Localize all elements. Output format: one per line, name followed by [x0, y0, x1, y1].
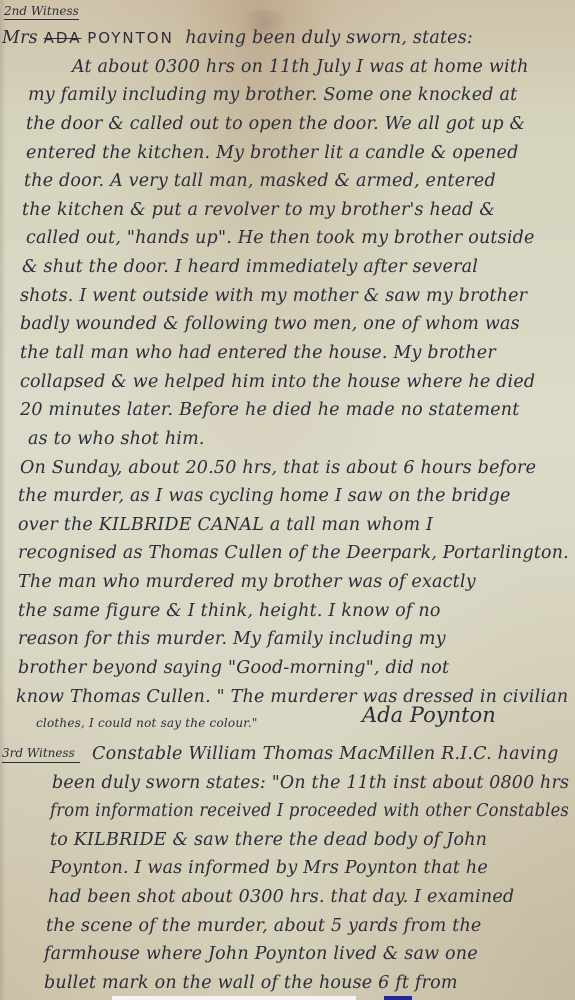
- witness-2-margin-label: 2nd Witness: [4, 4, 79, 20]
- witness-2-header: Mrs ADA POYNTON having been duly sworn, …: [2, 30, 473, 48]
- statement-line: farmhouse where John Poynton lived & saw…: [44, 946, 478, 964]
- statement-line: shots. I went outside with my mother & s…: [20, 288, 527, 306]
- statement-line: called out, "hands up". He then took my …: [26, 230, 535, 248]
- statement-line: clothes, I could not say the colour.": [36, 717, 258, 729]
- header-struck-name: ADA: [44, 29, 82, 47]
- statement-line: & shut the door. I heard immediately aft…: [22, 259, 478, 277]
- statement-line: the door. A very tall man, masked & arme…: [24, 173, 496, 191]
- statement-line: collapsed & we helped him into the house…: [20, 374, 535, 392]
- header-prefix: Mrs: [2, 28, 38, 48]
- statement-line: recognised as Thomas Cullen of the Deerp…: [18, 545, 569, 563]
- header-rest: having been duly sworn, states:: [185, 28, 473, 48]
- statement-line: On Sunday, about 20.50 hrs, that is abou…: [20, 460, 536, 478]
- statement-line: At about 0300 hrs on 11th July I was at …: [72, 59, 529, 77]
- document-page: 2nd Witness Mrs ADA POYNTON having been …: [0, 0, 575, 1000]
- statement-line: had been shot about 0300 hrs. that day. …: [48, 889, 514, 907]
- witness-signature: Ada Poynton: [362, 703, 496, 727]
- statement-line: entered the kitchen. My brother lit a ca…: [26, 145, 519, 163]
- statement-line: Constable William Thomas MacMillen R.I.C…: [92, 746, 559, 764]
- statement-line: reason for this murder. My family includ…: [18, 631, 446, 649]
- statement-line: from information received I proceeded wi…: [50, 803, 569, 821]
- scan-edge-white: [112, 996, 356, 1000]
- statement-line: badly wounded & following two men, one o…: [20, 316, 520, 334]
- header-surname: POYNTON: [87, 29, 174, 47]
- statement-line: Poynton. I was informed by Mrs Poynton t…: [50, 860, 488, 878]
- statement-line: The man who murdered my brother was of e…: [18, 574, 476, 592]
- statement-line: the scene of the murder, about 5 yards f…: [46, 918, 481, 936]
- statement-line: the door & called out to open the door. …: [26, 116, 525, 134]
- statement-line: to KILBRIDE & saw there the dead body of…: [50, 832, 487, 850]
- statement-line: 20 minutes later. Before he died he made…: [20, 402, 520, 420]
- statement-line: over the KILBRIDE CANAL a tall man whom …: [18, 517, 433, 535]
- witness-3-margin-label: 3rd Witness: [2, 746, 80, 763]
- statement-line: as to who shot him.: [28, 431, 205, 449]
- statement-line: the kitchen & put a revolver to my broth…: [22, 202, 495, 220]
- statement-line: the same figure & I think, height. I kno…: [18, 603, 441, 621]
- statement-line: the murder, as I was cycling home I saw …: [18, 488, 511, 506]
- statement-line: the tall man who had entered the house. …: [20, 345, 496, 363]
- scan-edge-blue: [384, 996, 412, 1000]
- statement-line: been duly sworn states: "On the 11th ins…: [52, 775, 569, 793]
- page-edge-shadow: [0, 0, 6, 1000]
- statement-line: my family including my brother. Some one…: [28, 87, 517, 105]
- statement-line: brother beyond saying "Good-morning", di…: [18, 660, 449, 678]
- statement-line: bullet mark on the wall of the house 6 f…: [44, 975, 458, 993]
